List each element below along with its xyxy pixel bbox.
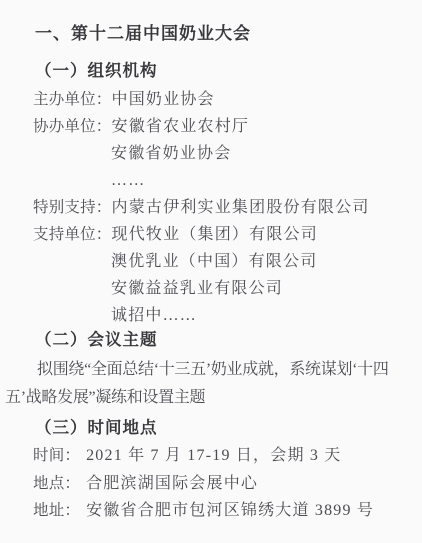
- theme-paragraph: 拟围绕“全面总结‘十三五’奶业成就，系统谋划‘十四 五’战略发展”凝练和设置主题: [5, 356, 422, 411]
- row-value: 安徽省农业农村厅: [112, 113, 250, 140]
- support-extra-row-2: 安徽益益乳业有限公司: [33, 275, 422, 302]
- section-organization-heading: （一）组织机构: [35, 60, 422, 82]
- row-label: 地址：: [33, 497, 80, 525]
- special-support-row: 特别支持： 内蒙古伊利实业集团股份有限公司: [33, 194, 422, 221]
- row-value: 澳优乳业（中国）有限公司: [111, 248, 317, 275]
- co-organizer-extra-row: 安徽省奶业协会: [33, 140, 422, 167]
- organization-list: 主办单位： 中国奶业协会 协办单位： 安徽省农业农村厅 安徽省奶业协会 …… 特…: [33, 86, 422, 329]
- section-time-place-heading: （三）时间地点: [35, 417, 422, 439]
- theme-line-1: 拟围绕“全面总结‘十三五’奶业成就，系统谋划‘十四: [5, 356, 422, 384]
- ellipsis-row: ……: [33, 167, 422, 194]
- time-row: 时间： 2021 年 7 月 17-19 日，会期 3 天: [33, 442, 422, 470]
- row-label: 地点：: [33, 470, 80, 498]
- row-value: 合肥滨湖国际会展中心: [86, 470, 258, 498]
- row-value: 现代牧业（集团）有限公司: [112, 221, 318, 248]
- co-organizer-row: 协办单位： 安徽省农业农村厅: [33, 113, 422, 140]
- document-page: 一、第十二届中国奶业大会 （一）组织机构 主办单位： 中国奶业协会 协办单位： …: [0, 0, 422, 543]
- row-value: ……: [111, 167, 145, 194]
- row-value: 2021 年 7 月 17-19 日，会期 3 天: [86, 442, 341, 470]
- row-value: 内蒙古伊利实业集团股份有限公司: [112, 194, 370, 221]
- row-label: 支持单位：: [33, 221, 112, 248]
- row-value: 中国奶业协会: [112, 86, 215, 113]
- row-label: 特别支持：: [33, 194, 112, 221]
- row-label: 主办单位：: [33, 86, 112, 113]
- row-label: 时间：: [33, 442, 80, 470]
- host-row: 主办单位： 中国奶业协会: [33, 86, 422, 113]
- row-value: 安徽益益乳业有限公司: [111, 275, 283, 302]
- time-place-list: 时间： 2021 年 7 月 17-19 日，会期 3 天 地点： 合肥滨湖国际…: [33, 442, 422, 525]
- venue-row: 地点： 合肥滨湖国际会展中心: [33, 470, 422, 498]
- recruiting-row: 诚招中……: [33, 302, 422, 329]
- row-label: 协办单位：: [33, 113, 112, 140]
- section-theme-heading: （二）会议主题: [35, 329, 422, 351]
- address-row: 地址： 安徽省合肥市包河区锦绣大道 3899 号: [33, 497, 422, 525]
- row-value: 安徽省合肥市包河区锦绣大道 3899 号: [86, 497, 374, 525]
- theme-line-2: 五’战略发展”凝练和设置主题: [5, 384, 422, 412]
- support-extra-row-1: 澳优乳业（中国）有限公司: [33, 248, 422, 275]
- support-units-row: 支持单位： 现代牧业（集团）有限公司: [33, 221, 422, 248]
- row-value: 诚招中……: [111, 302, 197, 329]
- row-value: 安徽省奶业协会: [111, 140, 231, 167]
- document-title: 一、第十二届中国奶业大会: [35, 22, 422, 46]
